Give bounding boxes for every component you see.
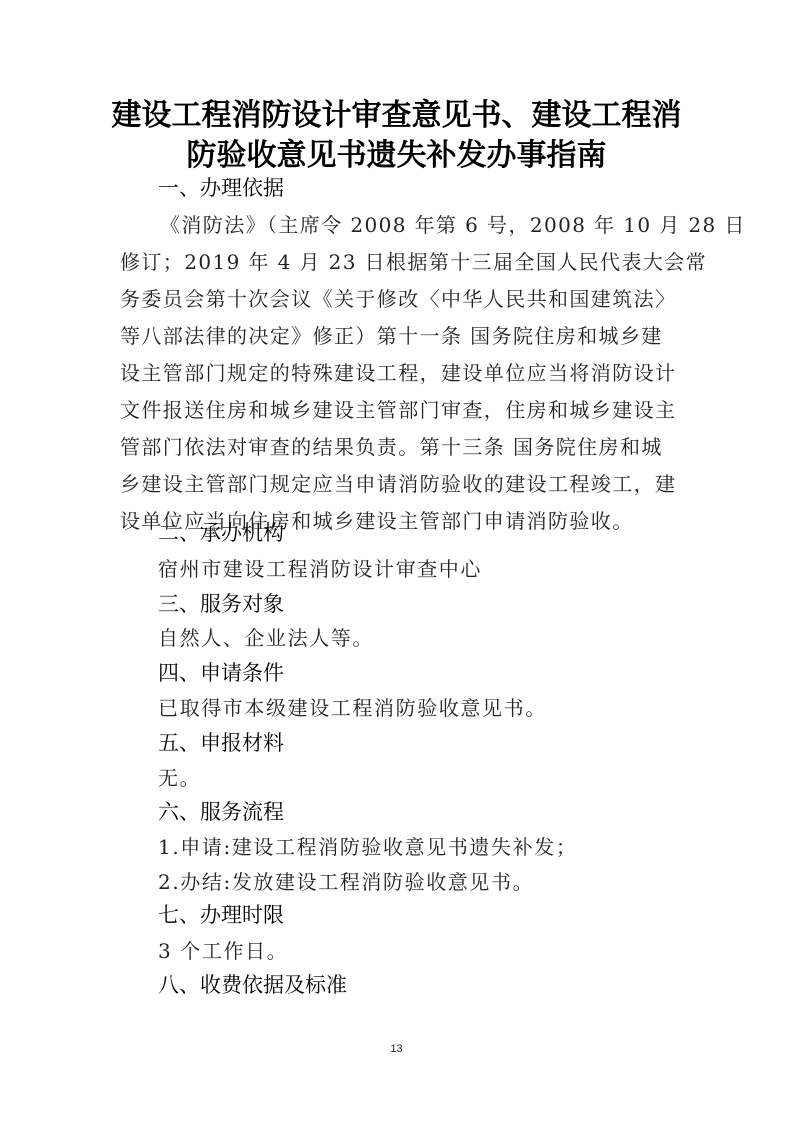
paragraph-line: 《消防法》（主席令 2008 年第 6 号，2008 年 10 月 28 日: [160, 211, 720, 239]
document-page: 建设工程消防设计审查意见书、建设工程消 防验收意见书遗失补发办事指南 一、办理依…: [0, 0, 793, 1122]
section-heading-time-limit: 七、办理时限: [158, 901, 284, 929]
paragraph-line: 乡建设主管部门规定应当申请消防验收的建设工程竣工，建: [120, 470, 680, 498]
paragraph-line: 设主管部门规定的特殊建设工程，建设单位应当将消防设计: [120, 359, 680, 387]
process-step-1: 1.申请:建设工程消防验收意见书遗失补发；: [158, 833, 577, 861]
agency-name: 宿州市建设工程消防设计审查中心: [158, 555, 482, 583]
paragraph-line: 等八部法律的决定》修正）第十一条 国务院住房和城乡建: [120, 322, 680, 350]
paragraph-line: 管部门依法对审查的结果负责。第十三条 国务院住房和城: [120, 433, 680, 461]
document-title-line-1: 建设工程消防设计审查意见书、建设工程消: [100, 96, 693, 136]
paragraph-line: 修订；2019 年 4 月 23 日根据第十三届全国人民代表大会常: [120, 248, 680, 276]
page-number: 13: [0, 1043, 793, 1055]
paragraph-line: 务委员会第十次会议《关于修改〈中华人民共和国建筑法〉: [120, 285, 680, 313]
section-heading-materials: 五、申报材料: [158, 729, 284, 757]
document-title-line-2: 防验收意见书遗失补发办事指南: [100, 136, 693, 176]
section-heading-process: 六、服务流程: [158, 798, 284, 826]
time-limit-text: 3 个工作日。: [158, 937, 288, 965]
section-heading-conditions: 四、申请条件: [158, 659, 284, 687]
process-step-2: 2.办结:发放建设工程消防验收意见书。: [158, 868, 534, 896]
section-heading-agency: 二、承办机构: [158, 519, 284, 547]
section-heading-service-target: 三、服务对象: [158, 590, 284, 618]
materials-text: 无。: [158, 764, 201, 792]
section-heading-fees: 八、收费依据及标准: [158, 971, 347, 999]
conditions-text: 已取得市本级建设工程消防验收意见书。: [158, 694, 547, 722]
section-heading-basis: 一、办理依据: [158, 174, 284, 202]
paragraph-line: 文件报送住房和城乡建设主管部门审查，住房和城乡建设主: [120, 396, 680, 424]
service-target-text: 自然人、企业法人等。: [158, 624, 374, 652]
